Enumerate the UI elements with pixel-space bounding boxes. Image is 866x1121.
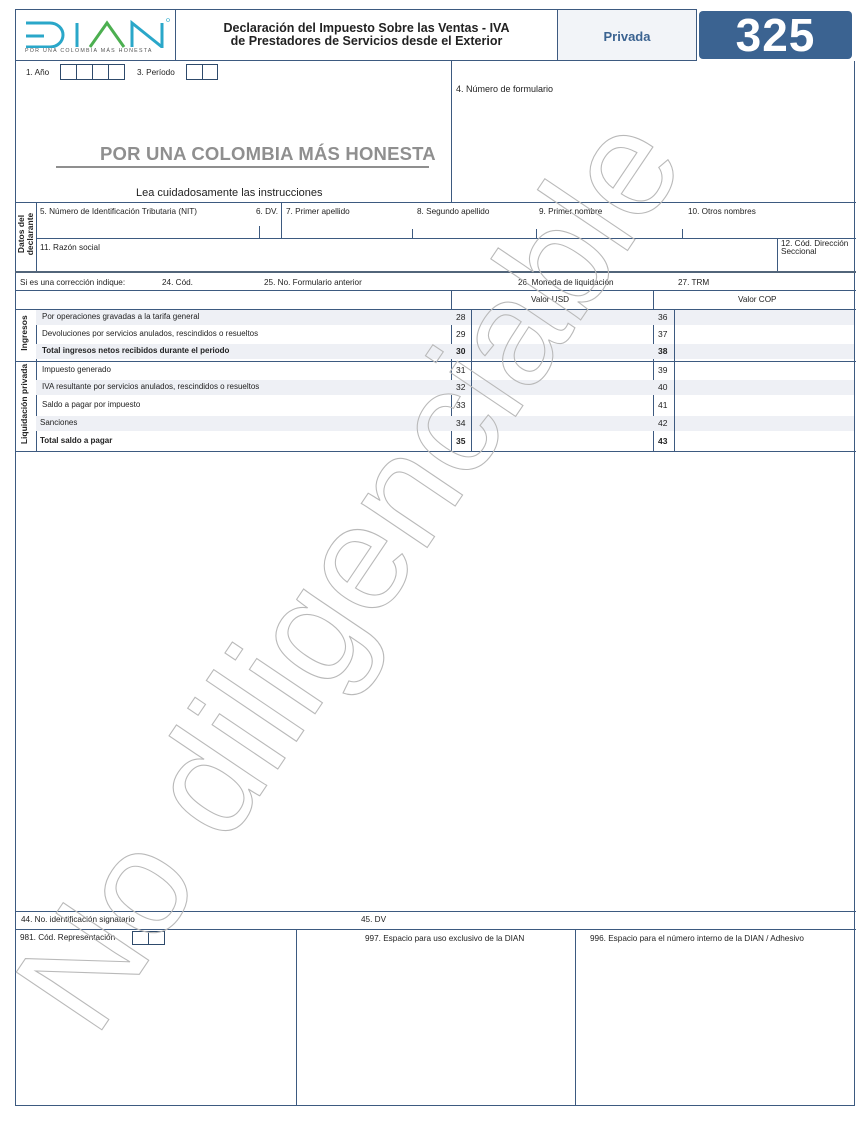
form-number-label: 4. Número de formulario — [456, 84, 553, 94]
declaration-type: Privada — [558, 29, 696, 44]
divider — [471, 309, 472, 451]
second-surname-label: 8. Segundo apellido — [417, 207, 489, 216]
currency-field[interactable] — [626, 276, 676, 288]
divider — [15, 929, 856, 930]
office-code-label: 12. Cód. Dirección Seccional — [781, 240, 848, 256]
period-input[interactable] — [186, 64, 218, 80]
divider — [15, 290, 856, 291]
period-label: 3. Período — [137, 68, 175, 77]
trm-field[interactable] — [712, 276, 852, 288]
signatory-dv-field[interactable] — [390, 913, 430, 926]
cop-value-input[interactable] — [676, 310, 854, 450]
divider — [15, 271, 856, 273]
declarant-section-label: Datos del declarante — [17, 202, 35, 266]
representation-code-label: 981. Cód. Representación — [20, 933, 115, 942]
divider — [674, 309, 675, 451]
first-surname-label: 7. Primer apellido — [286, 207, 350, 216]
dian-exclusive-label: 997. Espacio para uso exclusivo de la DI… — [365, 934, 524, 943]
representation-code-input[interactable] — [132, 931, 165, 945]
slogan-underline — [56, 166, 429, 168]
liquidacion-section-label: Liquidación privada — [20, 362, 29, 446]
signatory-id-field[interactable] — [150, 913, 350, 926]
logo-tagline: POR UNA COLOMBIA MÁS HONESTA — [25, 48, 153, 54]
first-surname-field[interactable] — [283, 216, 411, 238]
dian-logo-icon — [22, 14, 172, 48]
nit-label: 5. Número de Identificación Tributaria (… — [40, 207, 197, 216]
second-surname-field[interactable] — [414, 216, 534, 238]
previous-form-label: 25. No. Formulario anterior — [264, 278, 362, 287]
dv-label: 6. DV. — [256, 207, 278, 216]
col-cop-header: Valor COP — [738, 295, 777, 304]
currency-label: 26. Moneda de liquidación — [518, 278, 614, 287]
form-number: 325 — [699, 11, 852, 59]
field-separator — [536, 229, 537, 238]
divider — [15, 451, 856, 452]
usd-value-input[interactable] — [473, 310, 651, 450]
signatory-id-label: 44. No. identificación signatario — [21, 915, 135, 924]
year-label: 1. Año — [26, 68, 49, 77]
divider — [281, 202, 282, 239]
field-separator — [682, 229, 683, 238]
col-usd-header: Valor USD — [531, 295, 569, 304]
other-names-label: 10. Otros nombres — [688, 207, 756, 216]
logo-box: POR UNA COLOMBIA MÁS HONESTA — [15, 9, 176, 61]
business-name-field[interactable] — [37, 252, 775, 270]
previous-form-field[interactable] — [372, 276, 512, 288]
dv-field[interactable] — [260, 216, 280, 238]
trm-label: 27. TRM — [678, 278, 709, 287]
declaration-type-box: Privada — [557, 9, 697, 61]
slogan: POR UNA COLOMBIA MÁS HONESTA — [100, 143, 436, 165]
correction-code-field[interactable] — [195, 276, 255, 288]
instructions-text: Lea cuidadosamente las instrucciones — [136, 187, 323, 199]
divider — [15, 911, 856, 912]
business-name-label: 11. Razón social — [40, 243, 100, 252]
divider — [36, 238, 856, 239]
nit-field[interactable] — [37, 216, 257, 238]
other-names-field[interactable] — [684, 216, 854, 238]
correction-code-label: 24. Cód. — [162, 278, 193, 287]
divider — [575, 929, 576, 1106]
year-input[interactable] — [60, 64, 125, 80]
form-title-box: Declaración del Impuesto Sobre las Venta… — [175, 9, 558, 61]
signatory-dv-label: 45. DV — [361, 915, 386, 924]
dian-internal-label: 996. Espacio para el número interno de l… — [590, 934, 804, 943]
divider — [451, 61, 452, 202]
divider — [777, 238, 778, 272]
divider — [296, 929, 297, 1106]
form-number-badge: 325 — [699, 11, 852, 59]
form-title-line2: de Prestadores de Servicios desde el Ext… — [176, 35, 557, 48]
divider — [15, 202, 856, 203]
correction-intro: Si es una corrección indique: — [20, 278, 125, 287]
first-name-label: 9. Primer nombre — [539, 207, 602, 216]
field-separator — [412, 229, 413, 238]
office-code-field[interactable] — [779, 258, 854, 271]
first-name-field[interactable] — [538, 216, 680, 238]
ingresos-section-label: Ingresos — [20, 310, 29, 356]
